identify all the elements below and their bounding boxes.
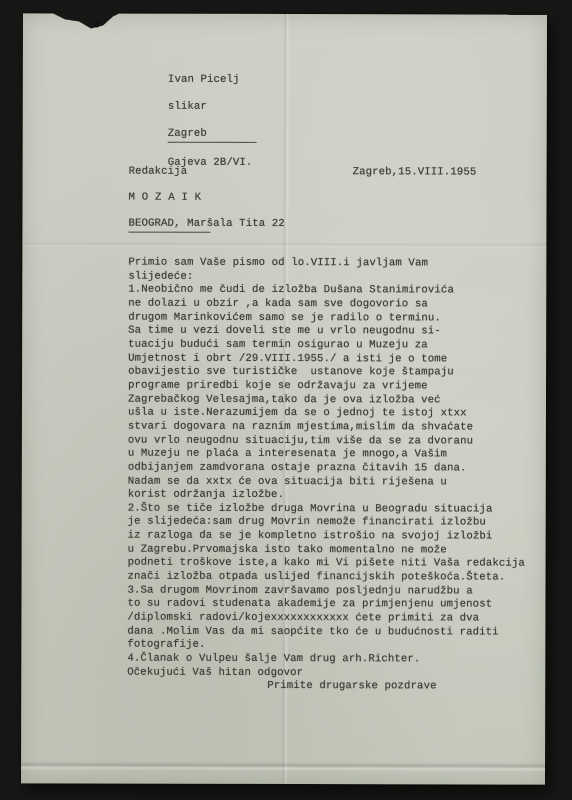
sender-city: Zagreb — [168, 128, 257, 143]
sender-name: Ivan Picelj — [168, 73, 240, 85]
letter-paper: Ivan Picelj slikar Zagreb Gajeva 2B/VI. … — [21, 13, 547, 784]
recipient-name: M O Z A I K — [129, 192, 202, 206]
sender-title: slikar — [168, 101, 207, 113]
scan-background: Ivan Picelj slikar Zagreb Gajeva 2B/VI. … — [0, 0, 572, 800]
recipient-address-underline — [128, 232, 210, 233]
fold-crease-lower — [21, 761, 545, 771]
dateline: Zagreb,15.VIII.1955 — [353, 166, 477, 180]
letter-body: Primio sam Vaše pismo od lo.VIII.i javlj… — [127, 257, 525, 681]
signoff-line: Primite drugarske pozdrave — [267, 680, 436, 694]
recipient-address: BEOGRAD, Maršala Tita 22 — [128, 218, 284, 232]
torn-edge — [51, 12, 121, 30]
recipient-label: Redakcija — [129, 166, 188, 180]
fold-crease-upper — [22, 241, 546, 248]
